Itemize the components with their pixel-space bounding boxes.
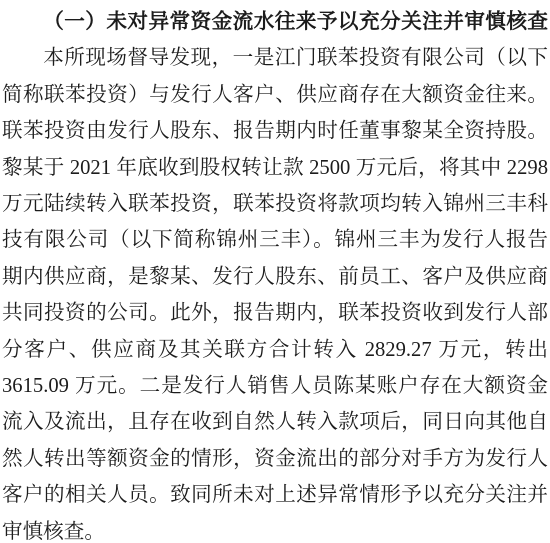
text-line: 万元陆续转入联苯投资，联苯投资将款项均转入锦州三丰科 — [2, 186, 548, 222]
text-line: 期内供应商，是黎某、发行人股东、前员工、客户及供应商 — [2, 259, 548, 295]
text-line: 审慎核查。 — [2, 514, 548, 543]
text-line: 技有限公司（以下简称锦州三丰）。锦州三丰为发行人报告 — [2, 222, 548, 258]
section-heading: （一）未对异常资金流水往来予以充分关注并审慎核查 — [2, 4, 548, 40]
text-line: 然人转出等额资金的情形，资金流出的部分对手方为发行人 — [2, 441, 548, 477]
text-line: 3615.09 万元。二是发行人销售人员陈某账户存在大额资金 — [2, 368, 548, 404]
text-line: 本所现场督导发现，一是江门联苯投资有限公司（以下 — [2, 40, 548, 76]
text-line: 简称联苯投资）与发行人客户、供应商存在大额资金往来。 — [2, 77, 548, 113]
text-line: 分客户、供应商及其关联方合计转入 2829.27 万元，转出 — [2, 332, 548, 368]
text-line: 黎某于 2021 年底收到股权转让款 2500 万元后，将其中 2298 — [2, 150, 548, 186]
document-page: （一）未对异常资金流水往来予以充分关注并审慎核查 本所现场督导发现，一是江门联苯… — [0, 0, 550, 543]
text-line: 共同投资的公司。此外，报告期内，联苯投资收到发行人部 — [2, 295, 548, 331]
text-line: 客户的相关人员。致同所未对上述异常情形予以充分关注并 — [2, 477, 548, 513]
text-line: 流入及流出，且存在收到自然人转入款项后，同日向其他自 — [2, 404, 548, 440]
text-line: 联苯投资由发行人股东、报告期内时任董事黎某全资持股。 — [2, 113, 548, 149]
